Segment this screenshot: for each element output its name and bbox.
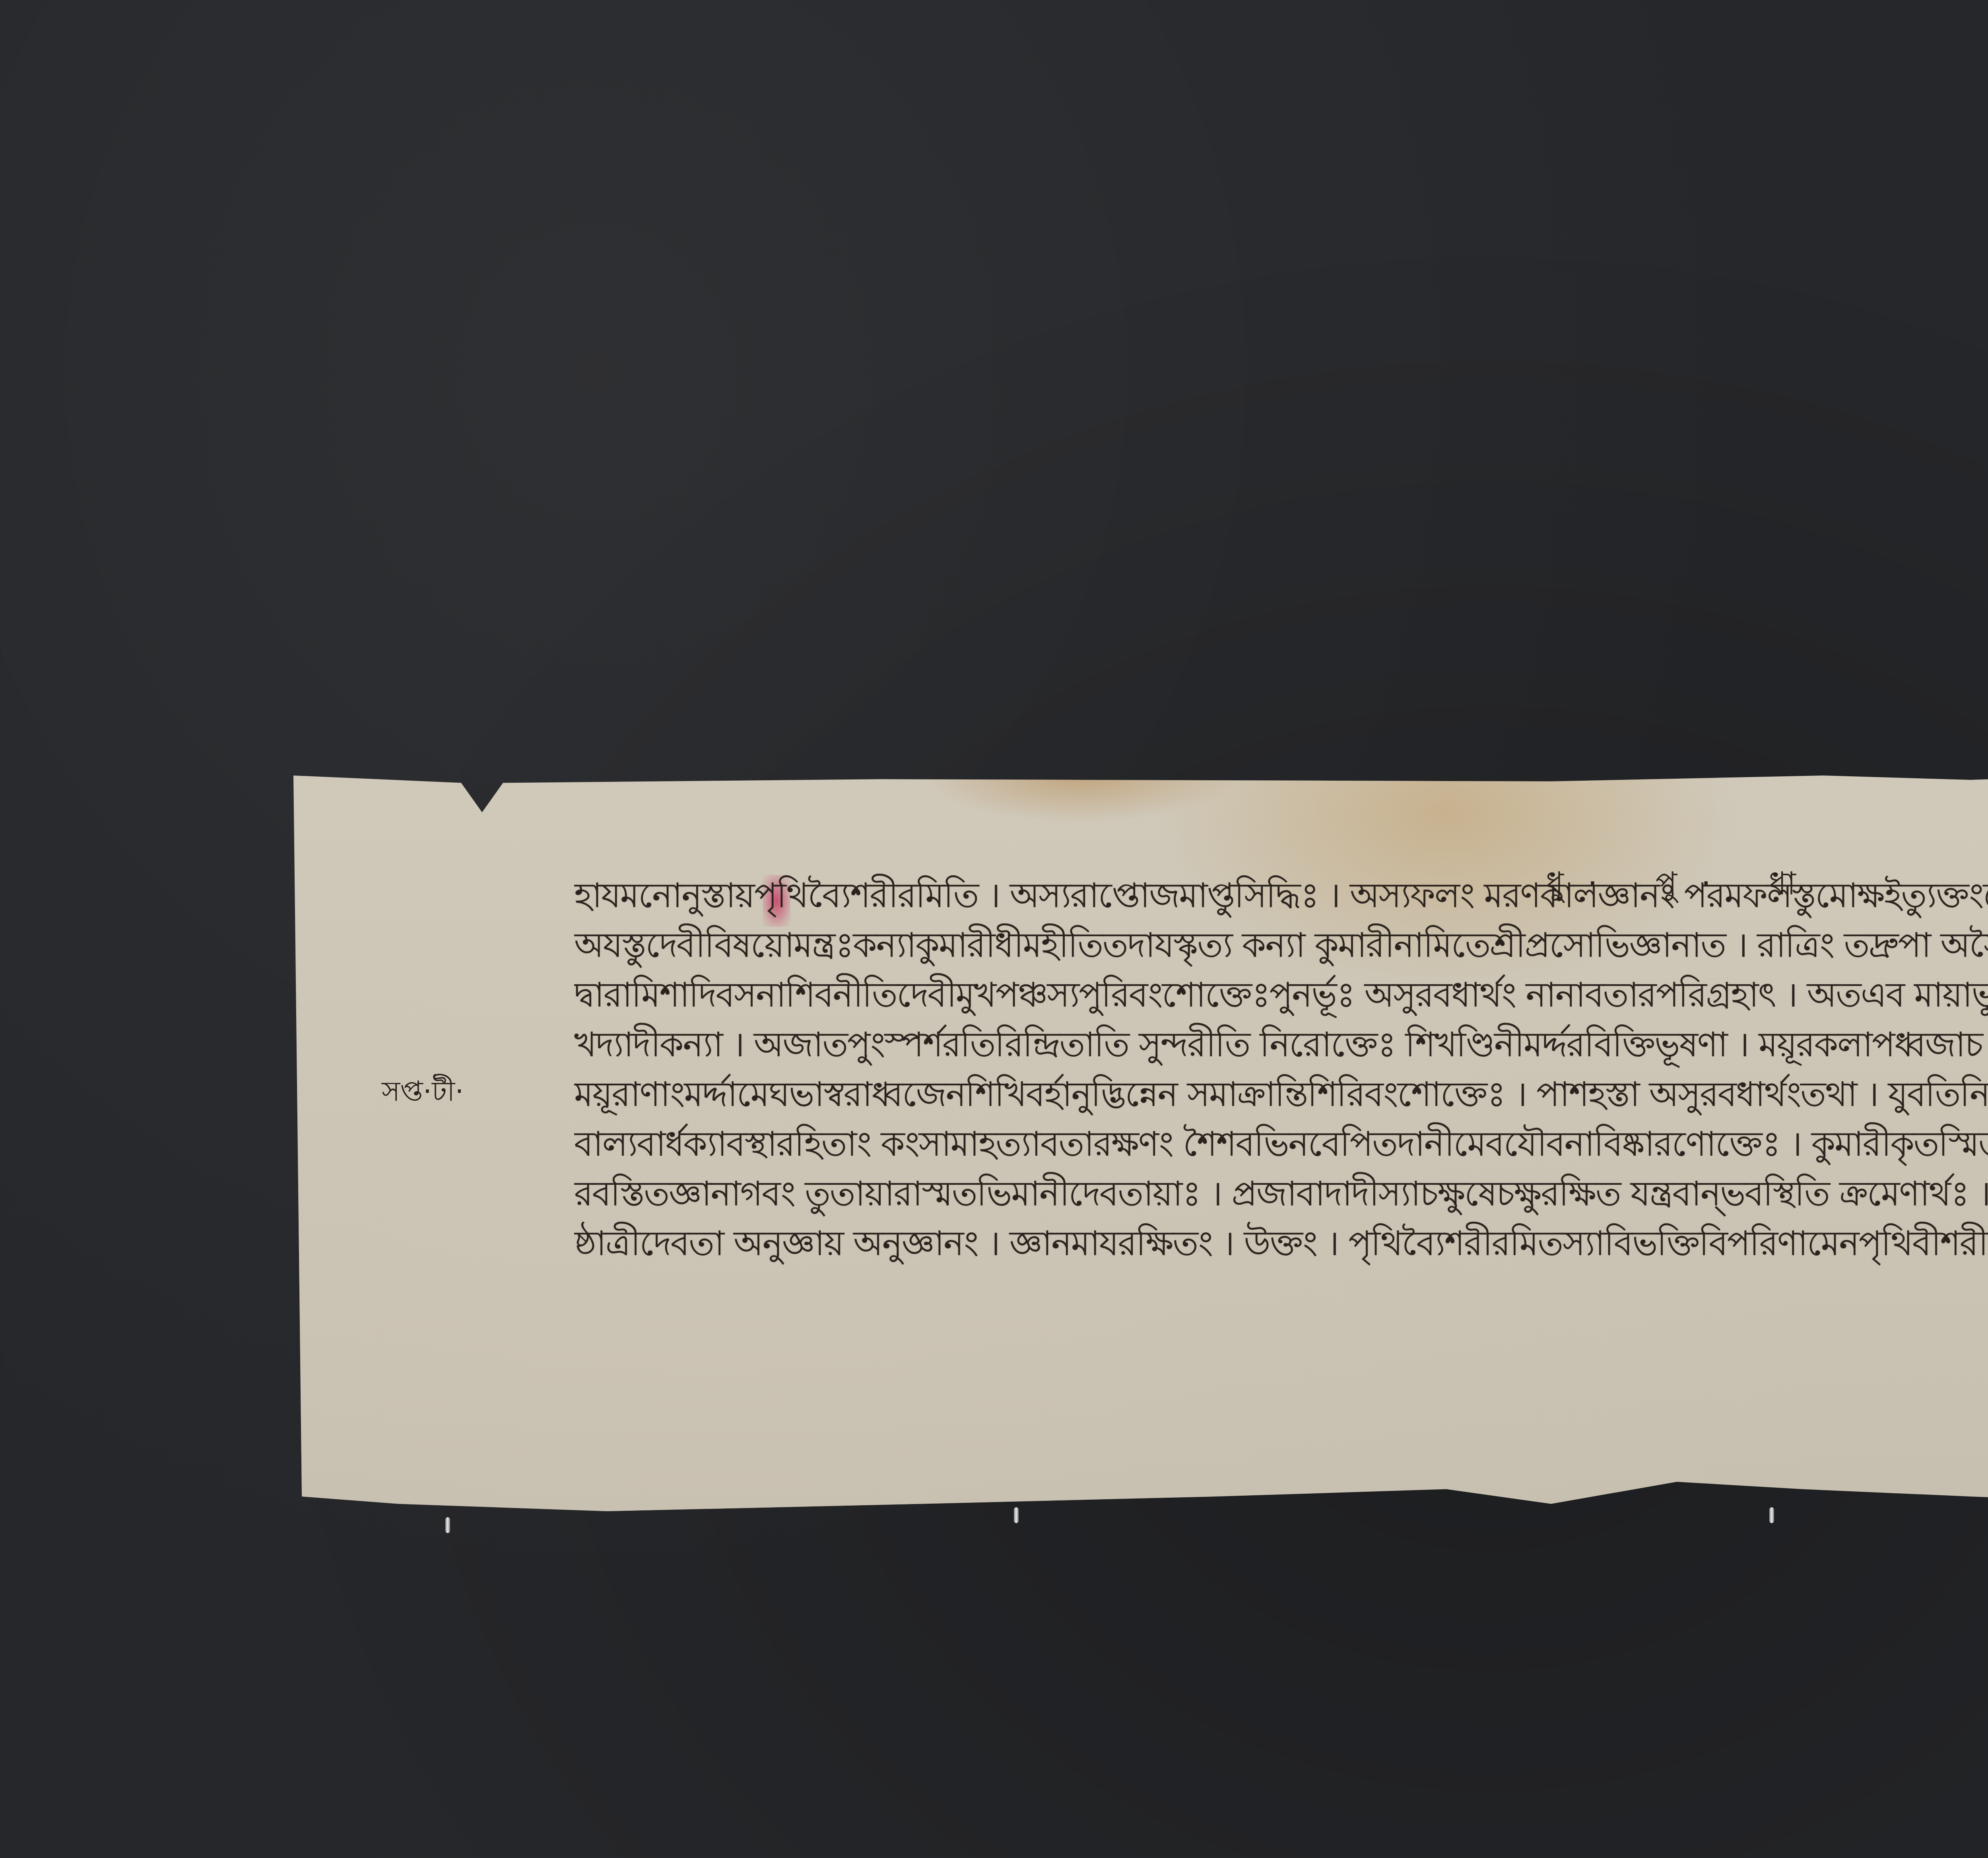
left-margin-note: সপ্ত·টী·	[382, 1070, 464, 1116]
text-line: রবস্তিতজ্ঞানাগবং তুতায়ারাস্মতভিমানীদেবত…	[574, 1169, 1988, 1219]
text-line: অযস্তুদেবীবিষয়োমন্ত্রঃকন্যাকুমারীধীমহীত…	[574, 921, 1988, 970]
text-line: খদ্যাদীকন্যা । অজাতপুংস্পর্শরতিরিন্দ্রিত…	[574, 1020, 1988, 1070]
text-line: হাযমনোনুস্তায়পৃথিব্যৈশরীরমিতি । অস্যরাপ…	[574, 871, 1988, 921]
text-line: ময়ূরাণাংমর্দ্দামেঘভাস্বরাধ্বজেনশিখিবর্হ…	[574, 1070, 1988, 1119]
manuscript-folio: ধু· পু· ধা সপ্ত·টী· ৫৭ হাযমনোনুস্তায়পৃথ…	[293, 775, 1988, 1511]
text-line: ষ্ঠাত্রীদেবতা অনুজ্ঞায় অনুজ্ঞানং । জ্ঞা…	[574, 1219, 1988, 1269]
water-stain	[922, 775, 1240, 823]
mounting-pin	[445, 1517, 450, 1533]
mounting-pin	[1014, 1507, 1019, 1523]
mounting-pin	[1769, 1507, 1774, 1523]
text-line: দ্বারামিশাদিবসনাশিবনীতিদেবীমুখপঞ্চস্যপুর…	[574, 970, 1988, 1020]
text-line: বাল্যবার্ধক্যাবস্থারহিতাং কংসামাহত্যাবতা…	[574, 1119, 1988, 1169]
manuscript-text: হাযমনোনুস্তায়পৃথিব্যৈশরীরমিতি । অস্যরাপ…	[574, 871, 1988, 1269]
